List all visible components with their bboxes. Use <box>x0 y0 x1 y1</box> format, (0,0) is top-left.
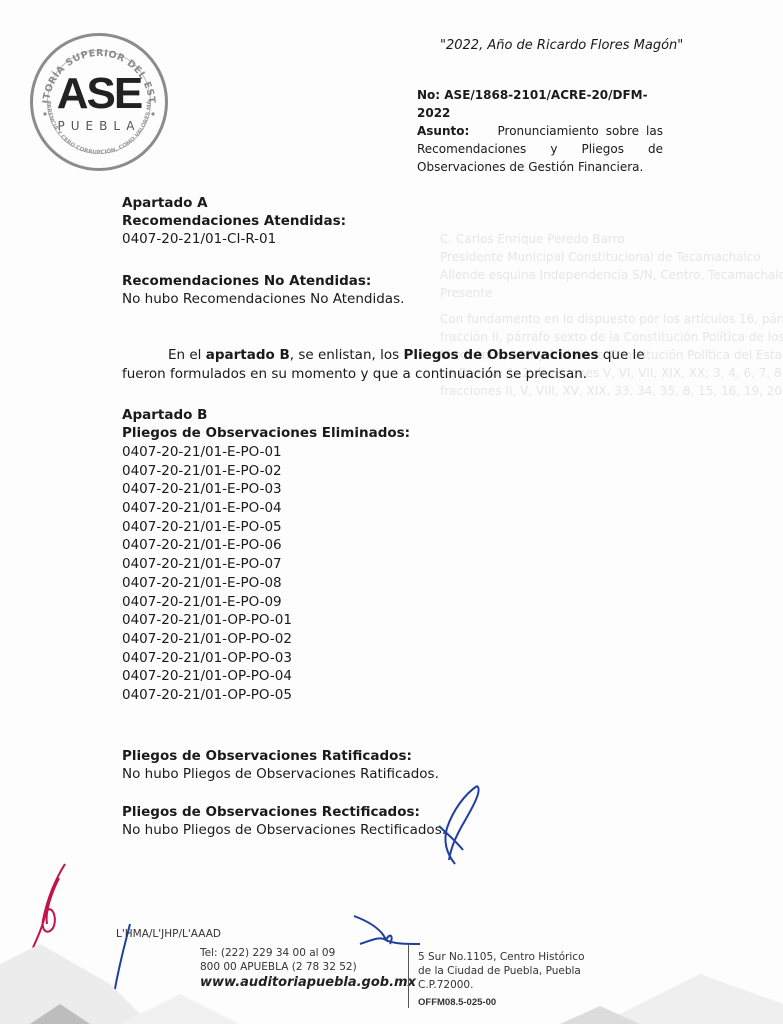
rectified-text: No hubo Pliegos de Observaciones Rectifi… <box>122 821 446 839</box>
reference-block: No: ASE/1868-2101/ACRE-20/DFM-2022 Asunt… <box>417 86 663 176</box>
eliminated-item: 0407-20-21/01-E-PO-08 <box>122 574 410 593</box>
eliminated-heading: Pliegos de Observaciones Eliminados: <box>122 424 410 442</box>
intro-bold-apartado: apartado B <box>206 347 290 363</box>
intro-text: En el <box>168 347 206 363</box>
reference-number: No: ASE/1868-2101/ACRE-20/DFM-2022 <box>417 86 663 122</box>
eliminated-item: 0407-20-21/01-E-PO-04 <box>122 499 410 518</box>
not-attended-heading: Recomendaciones No Atendidas: <box>122 272 404 290</box>
eliminated-item: 0407-20-21/01-OP-PO-02 <box>122 630 410 649</box>
eliminated-item: 0407-20-21/01-OP-PO-01 <box>122 611 410 630</box>
section-b-rectified: Pliegos de Observaciones Rectificados: N… <box>122 803 446 839</box>
section-a: Apartado A Recomendaciones Atendidas: 04… <box>122 194 346 248</box>
intro-bold-pliegos: Pliegos de Observaciones <box>403 347 598 363</box>
attended-item: 0407-20-21/01-CI-R-01 <box>122 230 346 248</box>
eliminated-item: 0407-20-21/01-E-PO-09 <box>122 593 410 612</box>
ratified-text: No hubo Pliegos de Observaciones Ratific… <box>122 765 439 783</box>
not-attended-text: No hubo Recomendaciones No Atendidas. <box>122 290 404 308</box>
subject: Asunto: Pronunciamiento sobre las Recome… <box>417 122 663 176</box>
eliminated-list: 0407-20-21/01-E-PO-010407-20-21/01-E-PO-… <box>122 443 410 705</box>
seal-main-text: ASE <box>33 72 165 116</box>
eliminated-item: 0407-20-21/01-E-PO-06 <box>122 536 410 555</box>
eliminated-item: 0407-20-21/01-E-PO-02 <box>122 462 410 481</box>
eliminated-item: 0407-20-21/01-E-PO-07 <box>122 555 410 574</box>
subject-label: Asunto: <box>417 124 469 138</box>
ratified-heading: Pliegos de Observaciones Ratificados: <box>122 747 439 765</box>
eliminated-item: 0407-20-21/01-OP-PO-04 <box>122 667 410 686</box>
show-through-text: C. Carlos Enrique Peredo BarroPresidente… <box>440 230 783 302</box>
eliminated-item: 0407-20-21/01-OP-PO-05 <box>122 686 410 705</box>
intro-text: , se enlistan, los <box>290 347 404 363</box>
rectified-heading: Pliegos de Observaciones Rectificados: <box>122 803 446 821</box>
mountain-watermark-icon <box>0 924 783 1024</box>
seal-sub-text: PUEBLA <box>33 119 165 133</box>
section-b-ratified: Pliegos de Observaciones Ratificados: No… <box>122 747 439 783</box>
year-motto: "2022, Año de Ricardo Flores Magón" <box>440 38 683 53</box>
eliminated-item: 0407-20-21/01-OP-PO-03 <box>122 649 410 668</box>
section-a-not-attended: Recomendaciones No Atendidas: No hubo Re… <box>122 272 404 308</box>
intro-paragraph: En el apartado B, se enlistan, los Plieg… <box>122 346 662 384</box>
section-b: Apartado B Pliegos de Observaciones Elim… <box>122 406 410 705</box>
eliminated-item: 0407-20-21/01-E-PO-01 <box>122 443 410 462</box>
attended-heading: Recomendaciones Atendidas: <box>122 212 346 230</box>
eliminated-item: 0407-20-21/01-E-PO-05 <box>122 518 410 537</box>
ase-puebla-seal-logo: AUDITORÍA SUPERIOR DEL ESTADO TRANSPAREN… <box>30 33 168 171</box>
section-a-title: Apartado A <box>122 194 346 212</box>
eliminated-item: 0407-20-21/01-E-PO-03 <box>122 480 410 499</box>
section-b-title: Apartado B <box>122 406 410 424</box>
